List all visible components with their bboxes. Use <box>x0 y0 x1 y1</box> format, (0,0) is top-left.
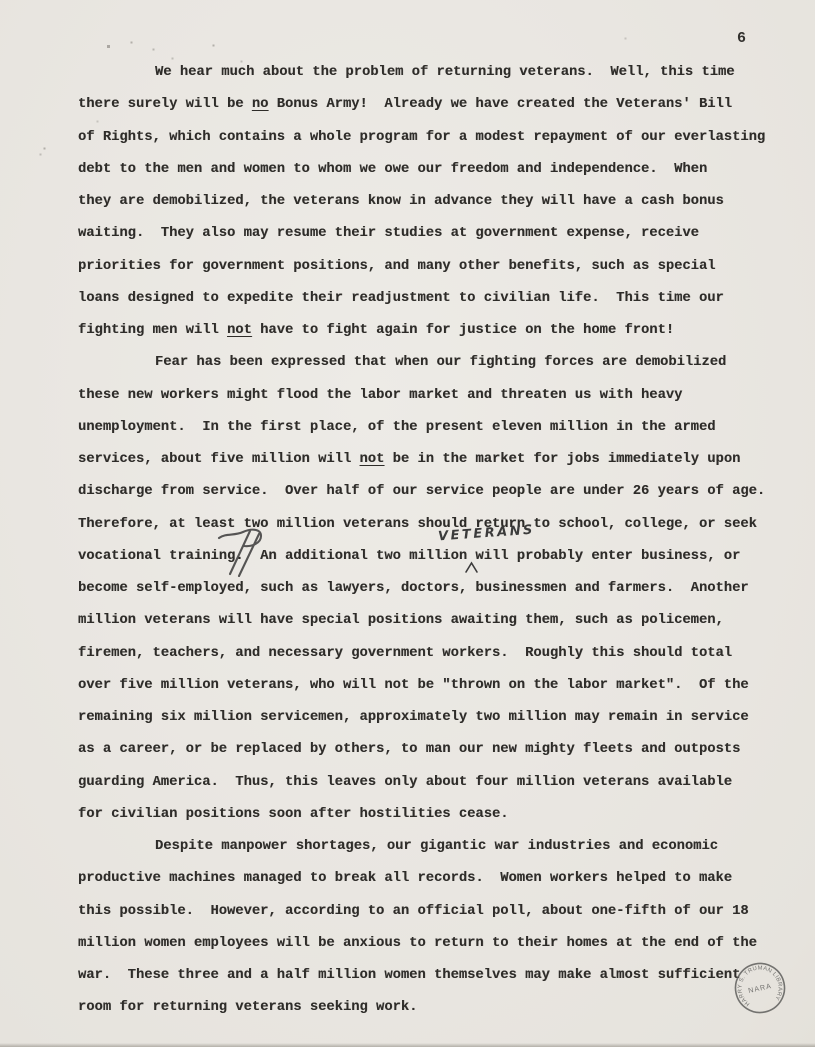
line-text: waiting. They also may resume their stud… <box>78 226 699 241</box>
document-line: these new workers might flood the labor … <box>78 380 790 412</box>
document-line: vocational training. An additional two m… <box>78 541 790 573</box>
line-text: remaining six million servicemen, approx… <box>78 710 749 725</box>
line-text: million veterans will have special posit… <box>78 613 724 628</box>
line-text: debt to the men and women to whom we owe… <box>78 162 707 177</box>
line-text: loans designed to expedite their readjus… <box>78 291 724 306</box>
line-text: Bonus Army! Already we have created the … <box>268 97 732 112</box>
document-line: Despite manpower shortages, our gigantic… <box>78 831 790 863</box>
underlined-word: no <box>252 97 269 112</box>
document-line: of Rights, which contains a whole progra… <box>78 122 790 154</box>
document-line: Therefore, at least two million veterans… <box>78 509 790 541</box>
document-line: services, about five million will not be… <box>78 444 790 476</box>
document-line: they are demobilized, the veterans know … <box>78 186 790 218</box>
paper-speckles <box>0 0 1 1</box>
line-text: war. These three and a half million wome… <box>78 968 740 983</box>
line-text: this possible. However, according to an … <box>78 904 749 919</box>
line-text: fighting men will <box>78 323 227 338</box>
underlined-word: not <box>360 452 385 467</box>
scan-bottom-edge <box>0 1043 815 1047</box>
line-text: become self-employed, such as lawyers, d… <box>78 581 749 596</box>
line-text: these new workers might flood the labor … <box>78 388 682 403</box>
line-text: they are demobilized, the veterans know … <box>78 194 724 209</box>
document-line: over five million veterans, who will not… <box>78 670 790 702</box>
line-text: million women employees will be anxious … <box>78 936 757 951</box>
line-text: of Rights, which contains a whole progra… <box>78 130 765 145</box>
line-text: Therefore, at least two million veterans… <box>78 517 757 532</box>
document-line: become self-employed, such as lawyers, d… <box>78 573 790 605</box>
line-text: be in the market for jobs immediately up… <box>384 452 740 467</box>
document-line: there surely will be no Bonus Army! Alre… <box>78 89 790 121</box>
nara-stamp: HARRY S. TRUMAN LIBRARY NARA <box>701 929 815 1047</box>
line-text: services, about five million will <box>78 452 360 467</box>
document-line: loans designed to expedite their readjus… <box>78 283 790 315</box>
document-line: discharge from service. Over half of our… <box>78 476 790 508</box>
stamp-center-text: NARA <box>747 981 772 995</box>
line-text: Despite manpower shortages, our gigantic… <box>155 839 718 854</box>
document-line: million veterans will have special posit… <box>78 605 790 637</box>
underlined-word: not <box>227 323 252 338</box>
document-line: million women employees will be anxious … <box>78 928 790 960</box>
line-text: room for returning veterans seeking work… <box>78 1000 417 1015</box>
line-text: there surely will be <box>78 97 252 112</box>
document-line: waiting. They also may resume their stud… <box>78 218 790 250</box>
line-text: We hear much about the problem of return… <box>155 65 735 80</box>
line-text: productive machines managed to break all… <box>78 871 732 886</box>
document-line: Fear has been expressed that when our fi… <box>78 347 790 379</box>
line-text: unemployment. In the first place, of the… <box>78 420 716 435</box>
line-text: guarding America. Thus, this leaves only… <box>78 775 732 790</box>
line-text: vocational training. An additional two m… <box>78 549 740 564</box>
document-line: priorities for government positions, and… <box>78 251 790 283</box>
line-text: discharge from service. Over half of our… <box>78 484 765 499</box>
document-line: room for returning veterans seeking work… <box>78 992 790 1024</box>
document-line: firemen, teachers, and necessary governm… <box>78 638 790 670</box>
line-text: firemen, teachers, and necessary governm… <box>78 646 732 661</box>
pilcrow-paragraph-mark-icon <box>217 525 265 577</box>
line-text: for civilian positions soon after hostil… <box>78 807 509 822</box>
document-line: war. These three and a half million wome… <box>78 960 790 992</box>
line-text: as a career, or be replaced by others, t… <box>78 742 740 757</box>
document-line: remaining six million servicemen, approx… <box>78 702 790 734</box>
document-line: productive machines managed to break all… <box>78 863 790 895</box>
insertion-caret-icon <box>464 561 479 574</box>
line-text: over five million veterans, who will not… <box>78 678 749 693</box>
page-number: 6 <box>737 30 746 47</box>
document-line: fighting men will not have to fight agai… <box>78 315 790 347</box>
document-line: this possible. However, according to an … <box>78 896 790 928</box>
document-line: as a career, or be replaced by others, t… <box>78 734 790 766</box>
line-text: Fear has been expressed that when our fi… <box>155 355 726 370</box>
typed-lines: We hear much about the problem of return… <box>78 57 790 1025</box>
document-line: We hear much about the problem of return… <box>78 57 790 89</box>
document-line: unemployment. In the first place, of the… <box>78 412 790 444</box>
document-line: debt to the men and women to whom we owe… <box>78 154 790 186</box>
line-text: have to fight again for justice on the h… <box>252 323 674 338</box>
line-text: priorities for government positions, and… <box>78 259 716 274</box>
document-line: for civilian positions soon after hostil… <box>78 799 790 831</box>
document-line: guarding America. Thus, this leaves only… <box>78 767 790 799</box>
